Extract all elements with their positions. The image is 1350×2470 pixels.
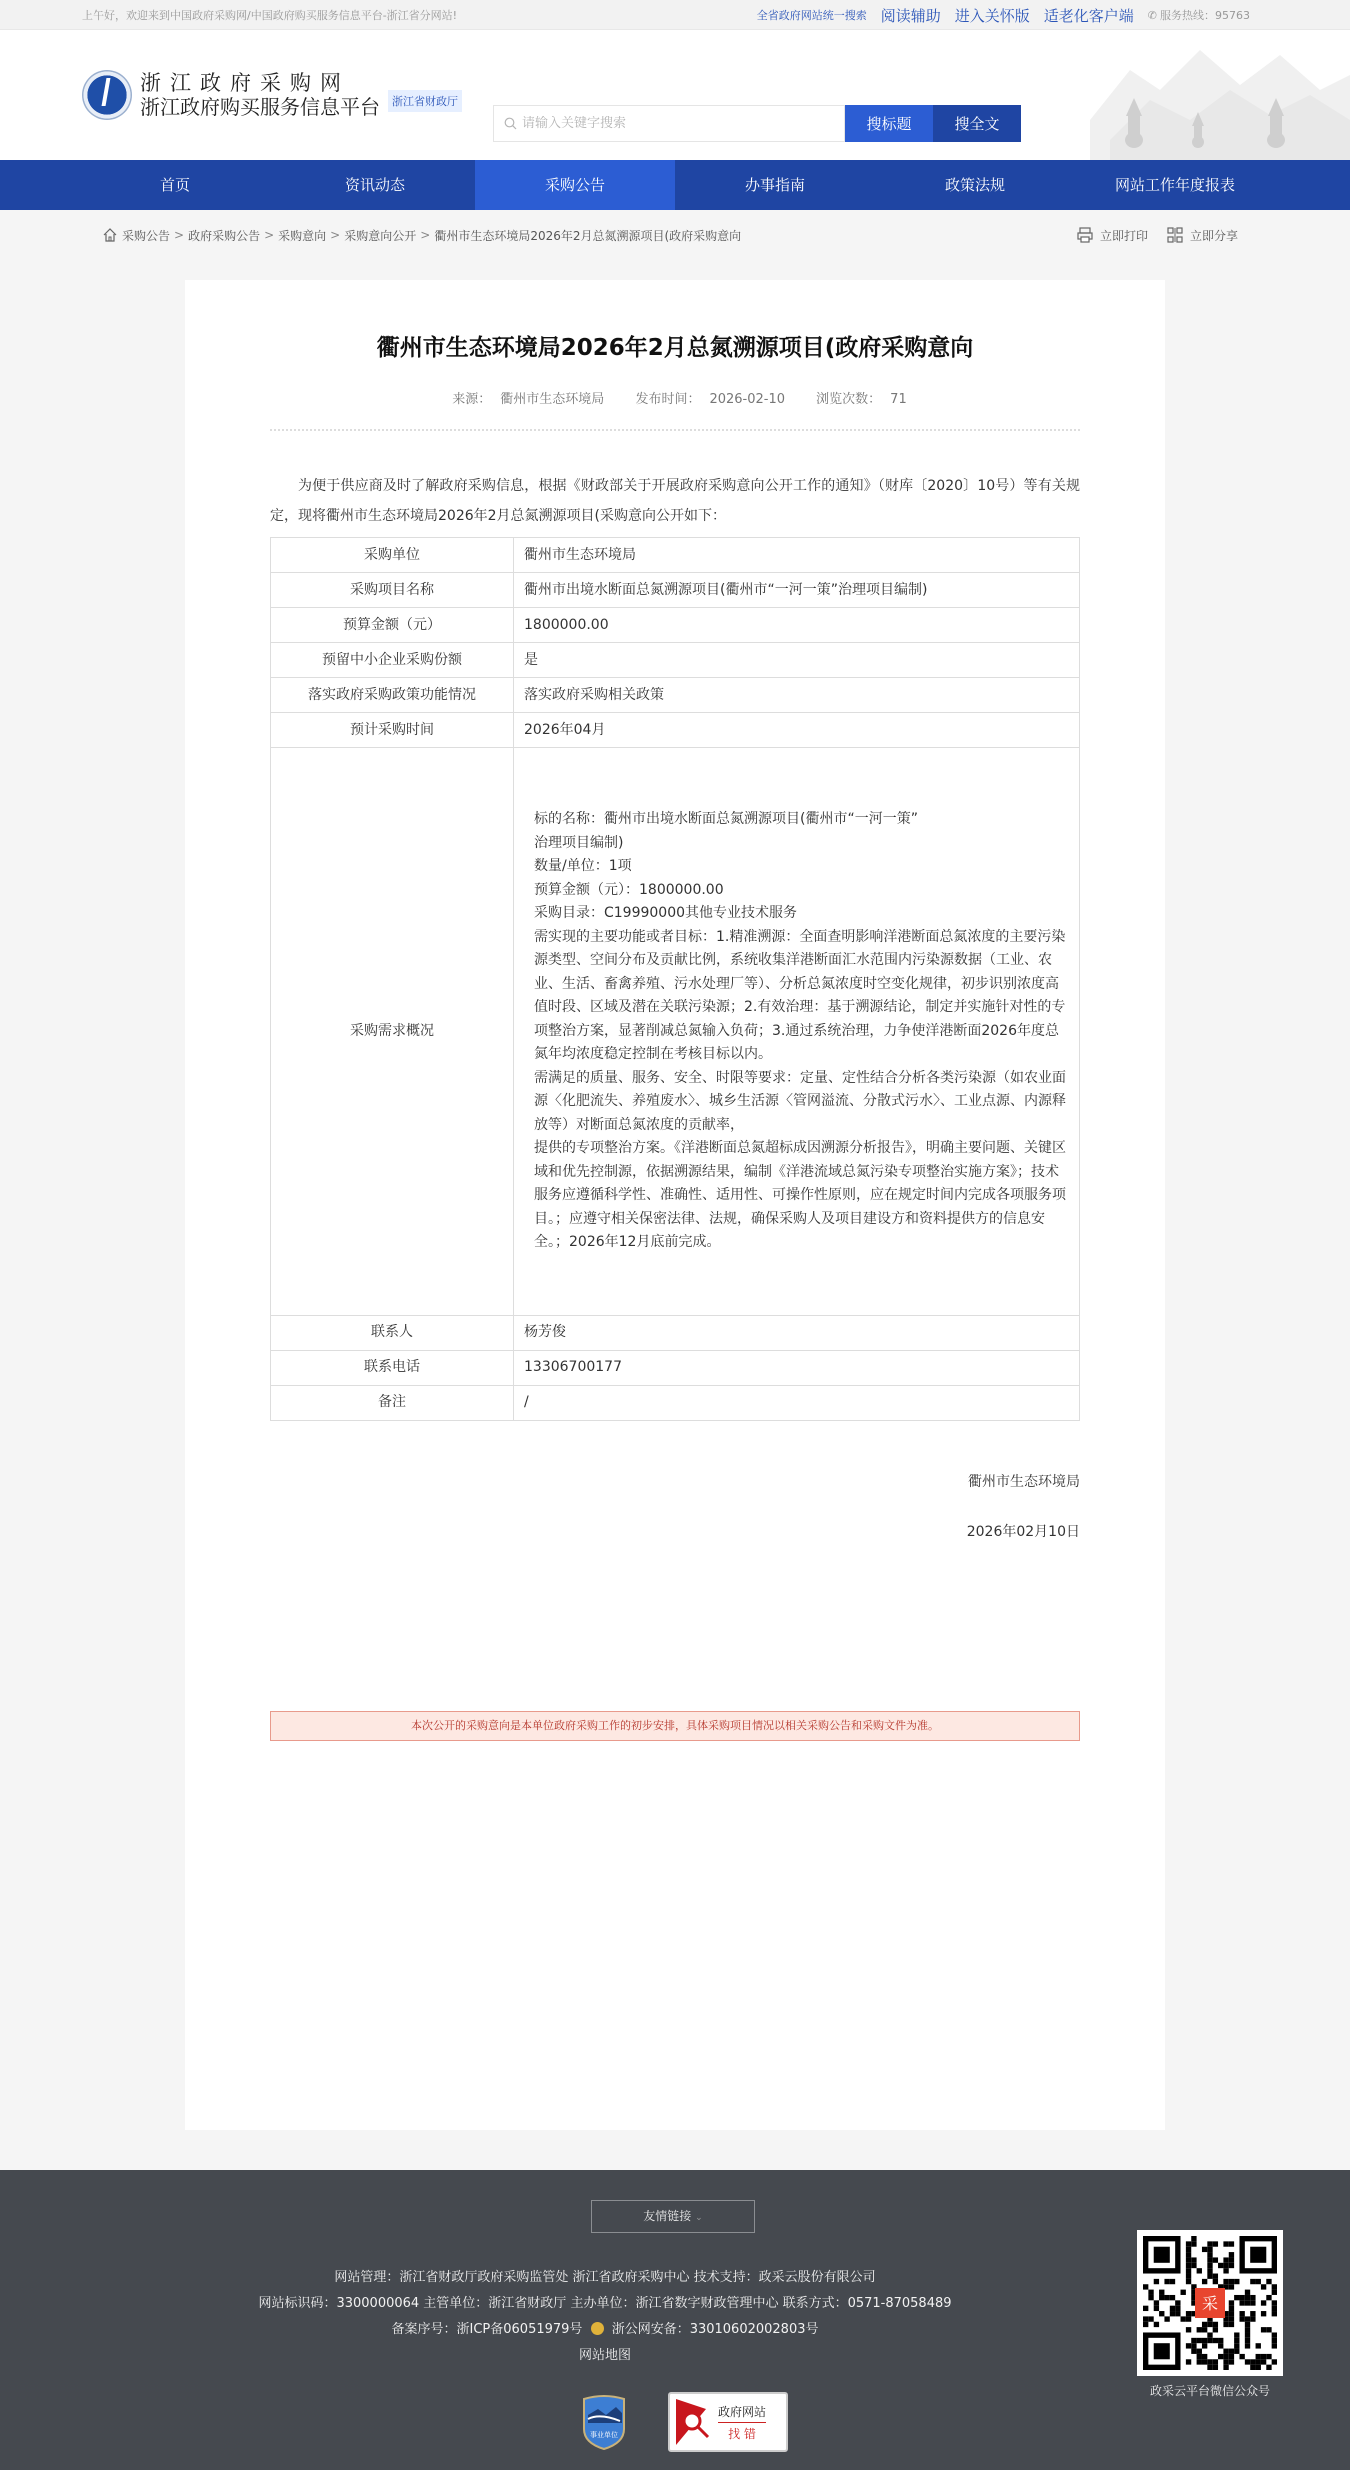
article-source: 来源：衢州市生态环境局 xyxy=(443,392,604,407)
table-row: 联系人杨芳俊 xyxy=(271,1315,1080,1350)
search-title-button[interactable]: 搜标题 xyxy=(845,105,933,142)
nav-item-5[interactable]: 网站工作年度报表 xyxy=(1075,160,1275,210)
breadcrumb-separator: > xyxy=(330,228,340,242)
row-label: 落实政府采购政策功能情况 xyxy=(271,678,514,713)
row-value: 杨芳俊 xyxy=(514,1315,1080,1350)
article-title: 衢州市生态环境局2026年2月总氮溯源项目(政府采购意向 xyxy=(270,330,1080,366)
friend-links-dropdown[interactable]: 友情链接 ⌄ xyxy=(591,2200,755,2233)
views-value: 71 xyxy=(890,392,907,407)
intent-table: 采购单位衢州市生态环境局采购项目名称衢州市出境水断面总氮溯源项目(衢州市“一河一… xyxy=(270,537,1080,1421)
row-value: 2026年04月 xyxy=(514,713,1080,748)
breadcrumb-item[interactable]: 采购意向公开 xyxy=(344,227,416,244)
main-nav: 首页资讯动态采购公告办事指南政策法规网站工作年度报表 xyxy=(0,160,1350,210)
row-label: 预留中小企业采购份额 xyxy=(271,643,514,678)
footer-identifier: 网站标识码：3300000064 主管单位：浙江省财政厅 主办单位：浙江省数字财… xyxy=(0,2291,1210,2317)
svg-text:事业单位: 事业单位 xyxy=(590,2430,618,2439)
breadcrumb-separator: > xyxy=(174,228,184,242)
source-value: 衢州市生态环境局 xyxy=(500,392,604,407)
logo-subtitle: 浙江政府购买服务信息平台 xyxy=(140,95,380,119)
welcome-text: 上午好，欢迎来到中国政府采购网/中国政府购买服务信息平台-浙江省分网站! xyxy=(82,7,457,23)
time-label: 发布时间： xyxy=(635,392,700,407)
row-value: 是 xyxy=(514,643,1080,678)
logo-title: 浙江政府采购网 xyxy=(140,71,380,95)
detail-line: 全。；2026年12月底前完成。 xyxy=(534,1231,1069,1255)
footer: 友情链接 ⌄ 网站管理：浙江省财政厅政府采购监管处 浙江省政府采购中心 技术支持… xyxy=(0,2170,1350,2470)
institution-badge-icon[interactable]: 事业单位 xyxy=(580,2393,628,2451)
table-row: 联系电话13306700177 xyxy=(271,1350,1080,1385)
header: 浙江政府采购网 浙江政府购买服务信息平台 浙江省财政厅 搜标题 搜全文 xyxy=(0,30,1350,160)
search-box xyxy=(493,105,845,142)
reading-assist-link[interactable]: 阅读辅助 xyxy=(881,5,941,26)
findbug-title: 政府网站 xyxy=(718,2403,766,2423)
breadcrumb-item: 衢州市生态环境局2026年2月总氮溯源项目(政府采购意向 xyxy=(434,227,741,244)
svg-text:采: 采 xyxy=(1202,2294,1218,2313)
search-input[interactable] xyxy=(522,116,822,131)
article-views: 浏览次数：71 xyxy=(807,392,907,407)
share-label: 立即分享 xyxy=(1190,227,1238,244)
row-value: / xyxy=(514,1385,1080,1420)
friend-links-label: 友情链接 xyxy=(643,2209,691,2223)
table-row: 预计采购时间2026年04月 xyxy=(271,713,1080,748)
detail-line: 需满足的质量、服务、安全、时限等要求：定量、定性结合分析各类污染源（如农业面源〈… xyxy=(534,1067,1069,1138)
detail-line: 标的名称：衢州市出境水断面总氮溯源项目(衢州市“一河一策” xyxy=(534,808,1069,832)
province-search-link[interactable]: 全省政府网站统一搜索 xyxy=(757,7,867,23)
elderly-client-link[interactable]: 适老化客户端 xyxy=(1044,5,1134,26)
signature-org: 衢州市生态环境局 xyxy=(270,1471,1080,1491)
row-label: 预计采购时间 xyxy=(271,713,514,748)
row-value: 衢州市出境水断面总氮溯源项目(衢州市“一河一策”治理项目编制) xyxy=(514,573,1080,608)
breadcrumb-item[interactable]: 采购公告 xyxy=(122,227,170,244)
requirements-detail: 标的名称：衢州市出境水断面总氮溯源项目(衢州市“一河一策”治理项目编制)数量/单… xyxy=(514,748,1080,1316)
disclaimer-notice: 本次公开的采购意向是本单位政府采购工作的初步安排，具体采购项目情况以相关采购公告… xyxy=(270,1711,1080,1741)
site-logo[interactable]: 浙江政府采购网 浙江政府购买服务信息平台 浙江省财政厅 xyxy=(82,70,462,120)
gov-site-findbug-button[interactable]: 政府网站 找 错 xyxy=(668,2392,788,2452)
article-card: 衢州市生态环境局2026年2月总氮溯源项目(政府采购意向 来源：衢州市生态环境局… xyxy=(185,280,1165,2130)
share-button[interactable]: 立即分享 xyxy=(1166,226,1238,244)
breadcrumb-item[interactable]: 政府采购公告 xyxy=(188,227,260,244)
print-button[interactable]: 立即打印 xyxy=(1076,226,1148,244)
findbug-subtitle: 找 错 xyxy=(728,2425,756,2442)
detail-line: 预算金额（元）：1800000.00 xyxy=(534,879,1069,903)
hotline: ✆ 服务热线：95763 xyxy=(1148,7,1250,23)
intro-paragraph: 为便于供应商及时了解政府采购信息，根据《财政部关于开展政府采购意向公开工作的通知… xyxy=(270,471,1080,531)
row-value: 衢州市生态环境局 xyxy=(514,538,1080,573)
breadcrumb: 采购公告>政府采购公告>采购意向>采购意向公开>衢州市生态环境局2026年2月总… xyxy=(102,227,741,244)
page-actions: 立即打印 立即分享 xyxy=(1076,226,1238,244)
nav-item-4[interactable]: 政策法规 xyxy=(875,160,1075,210)
hotline-text: 服务热线：95763 xyxy=(1160,7,1250,23)
qrcode-caption: 政采云平台微信公众号 xyxy=(1120,2382,1300,2399)
police-record-link[interactable]: 浙公网安备：33010602002803号 xyxy=(612,2322,819,2337)
row-value: 落实政府采购相关政策 xyxy=(514,678,1080,713)
home-icon[interactable] xyxy=(102,227,118,243)
table-row: 预算金额（元）1800000.00 xyxy=(271,608,1080,643)
row-label: 预算金额（元） xyxy=(271,608,514,643)
phone-icon: ✆ xyxy=(1148,9,1157,22)
nav-item-0[interactable]: 首页 xyxy=(75,160,275,210)
nav-item-1[interactable]: 资讯动态 xyxy=(275,160,475,210)
row-label: 联系人 xyxy=(271,1315,514,1350)
nav-item-3[interactable]: 办事指南 xyxy=(675,160,875,210)
detail-line: 数量/单位：1项 xyxy=(534,855,1069,879)
row-value: 13306700177 xyxy=(514,1350,1080,1385)
qrcode-icon xyxy=(1166,226,1184,244)
print-label: 立即打印 xyxy=(1100,227,1148,244)
printer-icon xyxy=(1076,226,1094,244)
wechat-qrcode: 采 xyxy=(1137,2230,1283,2376)
row-label: 联系电话 xyxy=(271,1350,514,1385)
breadcrumb-item[interactable]: 采购意向 xyxy=(278,227,326,244)
police-emblem-icon xyxy=(591,2322,604,2335)
footer-badges: 事业单位 政府网站 找 错 xyxy=(580,2392,788,2452)
divider xyxy=(270,429,1080,431)
footer-management: 网站管理：浙江省财政厅政府采购监管处 浙江省政府采购中心 技术支持：政采云股份有… xyxy=(0,2265,1210,2291)
care-version-link[interactable]: 进入关怀版 xyxy=(955,5,1030,26)
footer-record: 备案序号：浙ICP备06051979号 浙公网安备：33010602002803… xyxy=(0,2317,1210,2343)
breadcrumb-separator: > xyxy=(264,228,274,242)
table-row-requirements: 采购需求概况标的名称：衢州市出境水断面总氮溯源项目(衢州市“一河一策”治理项目编… xyxy=(271,748,1080,1316)
footer-info: 网站管理：浙江省财政厅政府采购监管处 浙江省政府采购中心 技术支持：政采云股份有… xyxy=(0,2265,1210,2369)
top-bar: 上午好，欢迎来到中国政府采购网/中国政府购买服务信息平台-浙江省分网站! 全省政… xyxy=(0,0,1350,30)
table-row: 预留中小企业采购份额是 xyxy=(271,643,1080,678)
mountain-pagoda-illustration xyxy=(1090,30,1350,160)
search-fulltext-button[interactable]: 搜全文 xyxy=(933,105,1021,142)
row-label: 采购单位 xyxy=(271,538,514,573)
detail-line: 需实现的主要功能或者目标：1.精准溯源：全面查明影响洋港断面总氮浓度的主要污染源… xyxy=(534,926,1069,1067)
detail-line: 治理项目编制) xyxy=(534,832,1069,856)
top-links: 全省政府网站统一搜索 阅读辅助 进入关怀版 适老化客户端 ✆ 服务热线：9576… xyxy=(757,5,1250,26)
detail-line: 采购目录：C19990000其他专业技术服务 xyxy=(534,902,1069,926)
table-row: 采购项目名称衢州市出境水断面总氮溯源项目(衢州市“一河一策”治理项目编制) xyxy=(271,573,1080,608)
nav-item-2[interactable]: 采购公告 xyxy=(475,160,675,210)
breadcrumb-separator: > xyxy=(420,228,430,242)
table-row: 落实政府采购政策功能情况落实政府采购相关政策 xyxy=(271,678,1080,713)
signature-date: 2026年02月10日 xyxy=(270,1521,1080,1541)
detail-line: 提供的专项整治方案。《洋港断面总氮超标成因溯源分析报告》，明确主要问题、关键区域… xyxy=(534,1137,1069,1231)
emblem-icon xyxy=(82,70,132,120)
search-bar: 搜标题 搜全文 xyxy=(493,105,1021,142)
chevron-down-icon: ⌄ xyxy=(695,2213,703,2223)
logo-badge: 浙江省财政厅 xyxy=(388,90,462,112)
table-row: 采购单位衢州市生态环境局 xyxy=(271,538,1080,573)
magnifier-icon xyxy=(676,2399,714,2445)
source-label: 来源： xyxy=(452,392,491,407)
breadcrumb-bar: 采购公告>政府采购公告>采购意向>采购意向公开>衢州市生态环境局2026年2月总… xyxy=(0,210,1350,260)
time-value: 2026-02-10 xyxy=(709,392,785,407)
row-label: 备注 xyxy=(271,1385,514,1420)
row-label: 采购项目名称 xyxy=(271,573,514,608)
views-label: 浏览次数： xyxy=(816,392,881,407)
icp-link[interactable]: 备案序号：浙ICP备06051979号 xyxy=(392,2322,583,2337)
row-label: 采购需求概况 xyxy=(271,748,514,1316)
article-meta: 来源：衢州市生态环境局 发布时间：2026-02-10 浏览次数：71 xyxy=(270,388,1080,407)
sitemap-link[interactable]: 网站地图 xyxy=(579,2348,631,2363)
row-value: 1800000.00 xyxy=(514,608,1080,643)
search-icon xyxy=(504,117,517,130)
article-time: 发布时间：2026-02-10 xyxy=(626,392,785,407)
table-row: 备注/ xyxy=(271,1385,1080,1420)
qrcode-image-icon: 采 xyxy=(1143,2236,1277,2370)
